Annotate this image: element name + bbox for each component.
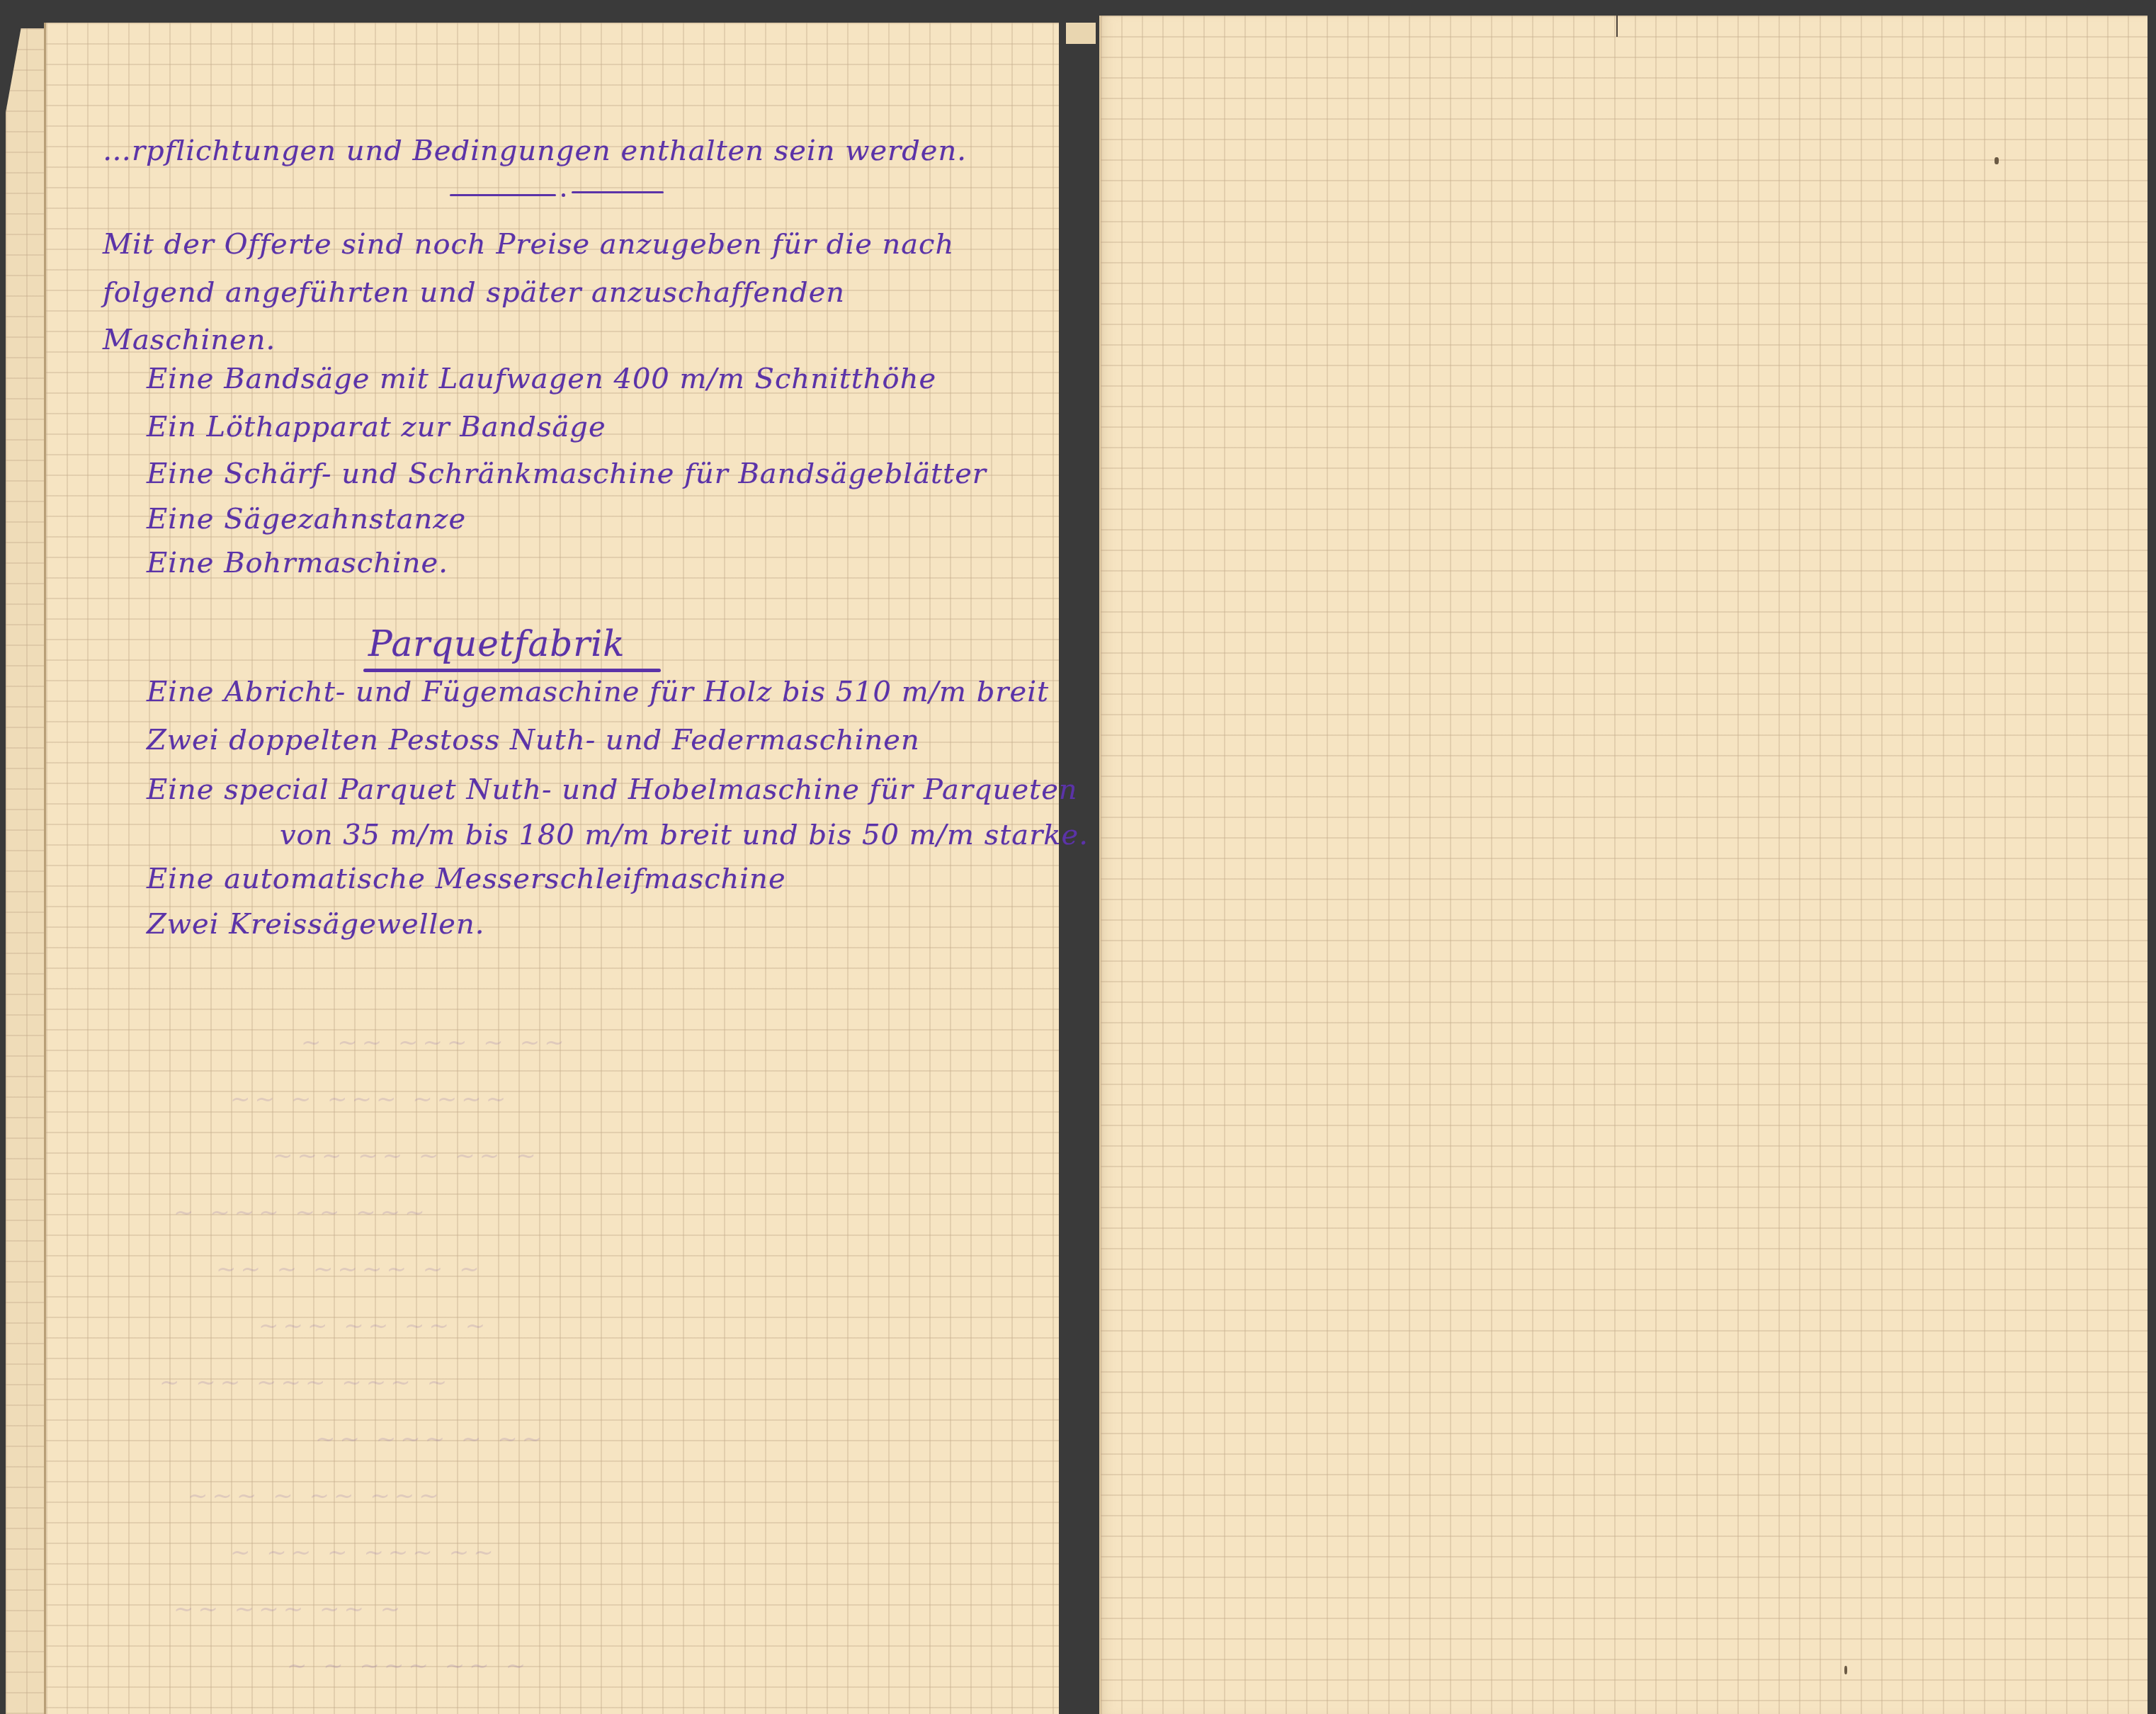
section-heading: Parquetfabrik: [368, 623, 625, 664]
page-notch: [1616, 16, 1618, 37]
paragraph-line-2: folgend angeführten und später anzuschaf…: [103, 276, 845, 309]
parquet-item: Zwei doppelten Pestoss Nuth- und Federma…: [147, 724, 920, 756]
paragraph-line-3: Maschinen.: [103, 324, 276, 356]
parquet-item: Zwei Kreissägewellen.: [147, 908, 485, 941]
machine-item: Eine Bandsäge mit Laufwagen 400 m/m Schn…: [147, 363, 936, 395]
bleed-through-text: ~~ ~ ~~~~ ~ ~: [216, 1255, 484, 1283]
bleed-through-text: ~~~ ~~ ~~ ~: [259, 1312, 489, 1340]
parquet-item-continuation: von 35 m/m bis 180 m/m breit und bis 50 …: [280, 819, 1089, 851]
intro-line: …rpflichtungen und Bedingungen enthalten…: [103, 135, 967, 167]
parquet-item: Eine special Parquet Nuth- und Hobelmasc…: [147, 773, 1078, 806]
paper-speck: [1844, 1666, 1847, 1674]
heading-underline: [363, 669, 661, 672]
machine-item: Ein Löthapparat zur Bandsäge: [147, 411, 606, 443]
separator-left: [450, 194, 556, 196]
left-page: …rpflichtungen und Bedingungen enthalten…: [44, 23, 1059, 1714]
bleed-through-text: ~ ~ ~~~ ~~ ~: [287, 1652, 530, 1680]
bleed-through-text: ~ ~~ ~~~ ~ ~~: [301, 1028, 569, 1057]
bleed-through-text: ~ ~~ ~~~ ~~~ ~: [159, 1368, 451, 1397]
bleed-through-text: ~~ ~~~ ~ ~~: [315, 1425, 546, 1453]
page-tab: [1066, 23, 1096, 44]
parquet-item: Eine Abricht- und Fügemaschine für Holz …: [147, 676, 1049, 708]
bleed-through-text: ~~~ ~~ ~ ~~ ~: [273, 1142, 540, 1170]
separator-right: [572, 191, 664, 193]
bleed-through-text: ~ ~~~ ~~ ~~~: [174, 1198, 429, 1227]
machine-item: Eine Schärf- und Schränkmaschine für Ban…: [147, 458, 987, 490]
bleed-through-text: ~~ ~~~ ~~ ~: [174, 1595, 404, 1623]
bleed-through-text: ~~ ~ ~~~ ~~~~: [230, 1085, 510, 1113]
machine-item: Eine Sägezahnstanze: [147, 503, 466, 535]
parquet-item: Eine automatische Messerschleifmaschine: [147, 863, 786, 895]
bleed-through-text: ~ ~~ ~ ~~~ ~~: [230, 1538, 498, 1567]
paragraph-line-1: Mit der Offerte sind noch Preise anzugeb…: [103, 228, 954, 261]
separator-dot: [562, 193, 565, 197]
bleed-through-text: ~~~ ~ ~~ ~~~: [188, 1482, 443, 1510]
paper-speck: [1995, 157, 1999, 164]
machine-item: Eine Bohrmaschine.: [147, 547, 448, 579]
right-page: [1099, 16, 2148, 1714]
